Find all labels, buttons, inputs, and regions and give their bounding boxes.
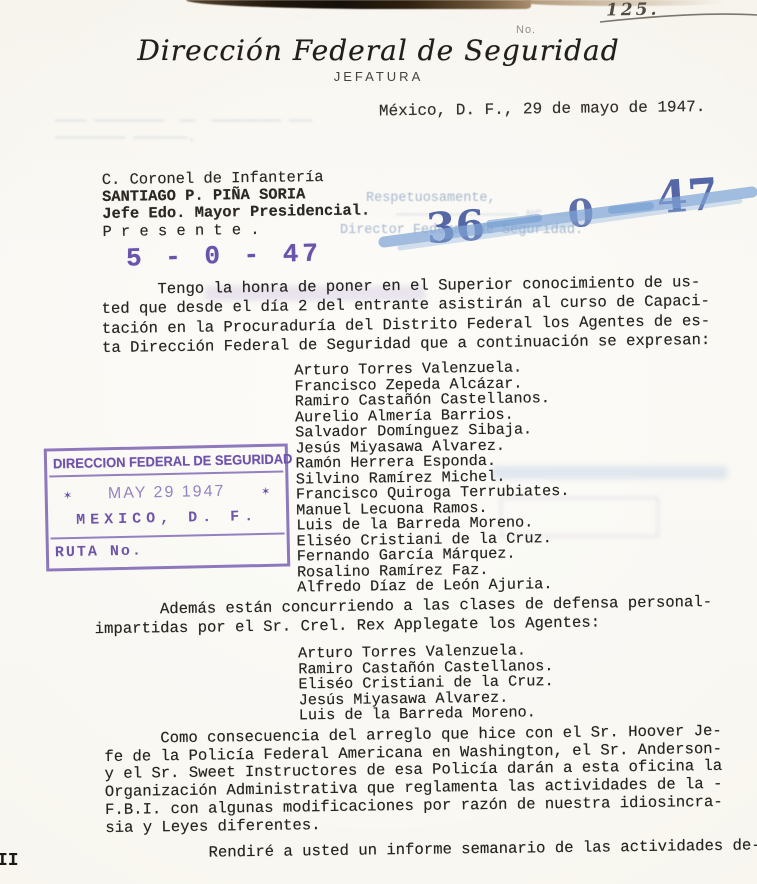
scanned-letter-page: No. 125. Dirección Federal de Seguridad …: [0, 0, 757, 884]
paragraph-capacitacion: Tengo la honra de poner en el Superior c…: [101, 273, 710, 359]
star-icon: ✶: [262, 483, 270, 498]
paragraph-defensa-personal: Además están concurriendo a las clases d…: [94, 593, 712, 639]
agent-name: Alfredo Díaz de León Ajuria.: [297, 577, 571, 596]
receipt-stamp-box: DIRECCION FEDERAL DE SEGURIDAD ✶ MAY 29 …: [44, 443, 291, 571]
crossed-routing-number: 36 0 47: [370, 168, 757, 273]
stamp-title: DIRECCION FEDERAL DE SEGURIDAD: [53, 447, 280, 476]
stamp-date: MAY 29 1947: [108, 483, 226, 503]
star-icon: ✶: [64, 487, 72, 502]
closing-line: Rendiré a usted un informe semanario de …: [106, 836, 757, 863]
agent-name-list-course: Arturo Torres Valenzuela.Francisco Zeped…: [294, 360, 570, 596]
stamp-city: MEXICO, D. F.: [48, 502, 287, 538]
margin-mark: II: [0, 851, 19, 871]
dateline: México, D. F., 29 de mayo de 1947.: [379, 98, 706, 120]
stamp-route-label: RUTA No.: [49, 535, 288, 569]
agent-name-list-defense: Arturo Torres Valenzuela.Ramiro Castañón…: [298, 643, 554, 724]
recipient-line: P r e s e n t e .: [102, 220, 370, 241]
typewritten-content: México, D. F., 29 de mayo de 1947. C. Co…: [0, 0, 757, 884]
paragraph-fbi-arrangement: Como consecuencia del arreglo que hice c…: [104, 723, 723, 837]
routing-number-current: 5 - 0 - 47: [126, 238, 323, 273]
recipient-block: C. Coronel de InfanteríaSANTIAGO P. PIÑA…: [102, 168, 371, 240]
agent-name: Luis de la Barreda Moreno.: [299, 705, 554, 724]
